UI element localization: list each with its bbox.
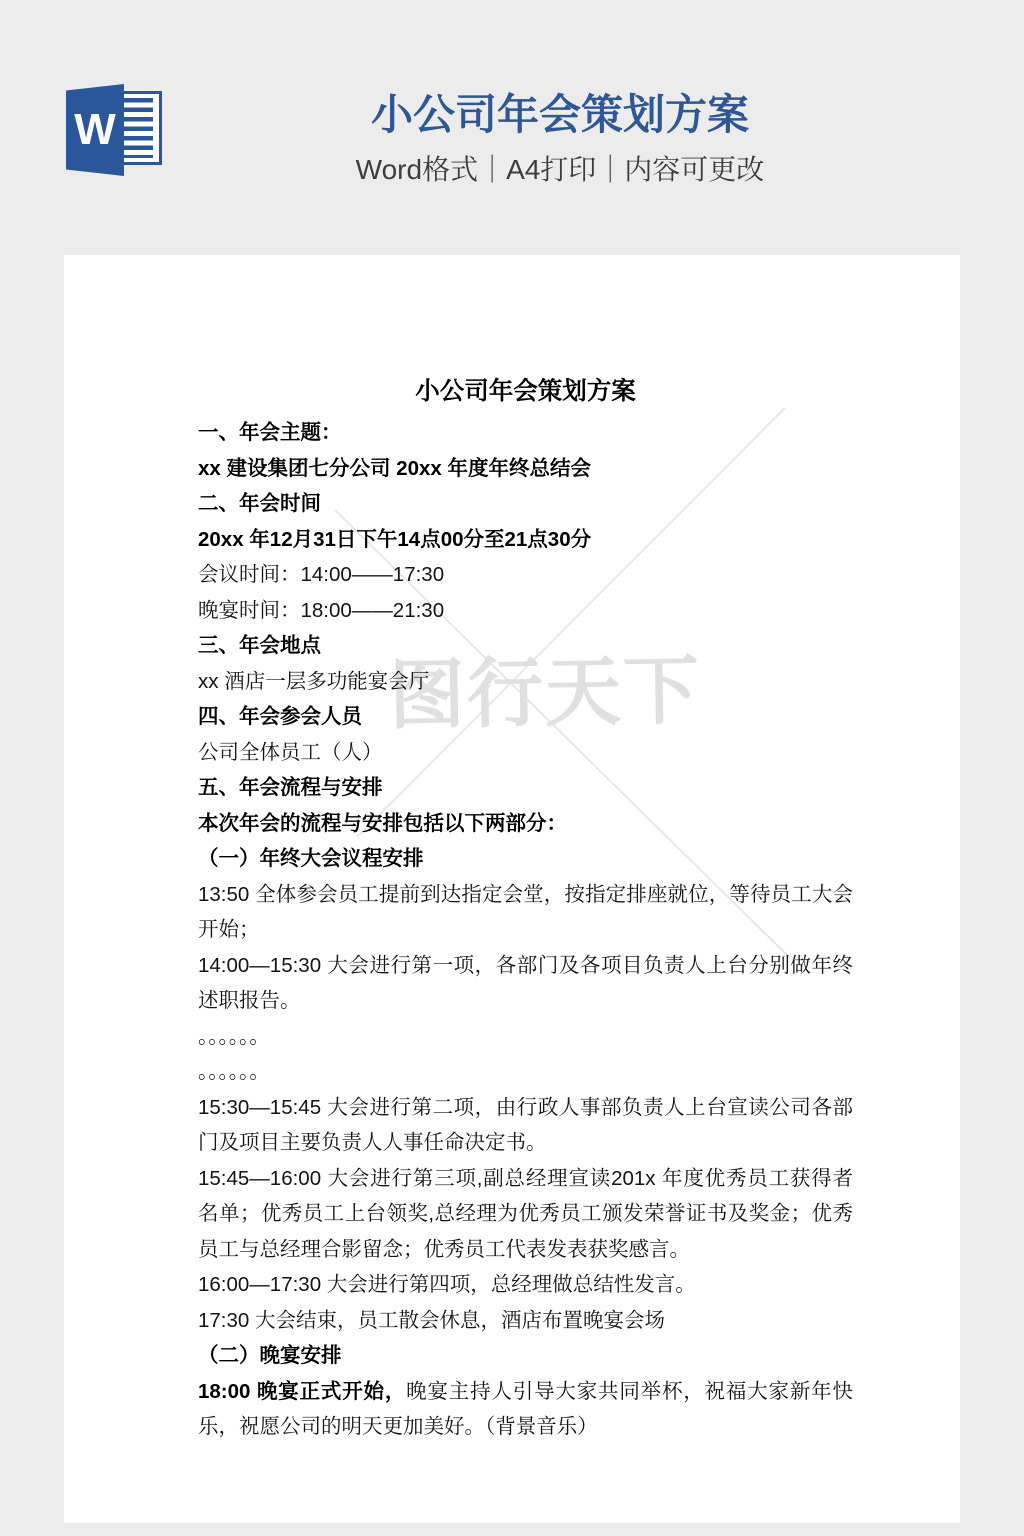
paragraph: 四、年会参会人员: [198, 699, 853, 735]
document-title: 小公司年会策划方案: [198, 375, 853, 409]
word-icon-letter: W: [74, 108, 116, 152]
paragraph: 18:00 晚宴正式开始，晚宴主持人引导大家共同举杯，祝福大家新年快乐，祝愿公司…: [198, 1374, 853, 1445]
word-icon-cover: W: [66, 84, 124, 176]
paragraph: 三、年会地点: [198, 628, 853, 664]
paragraph: 。。。。。。: [198, 1019, 853, 1055]
document-body: 一、年会主题：xx 建设集团七分公司 20xx 年度年终总结会二、年会时间20x…: [198, 415, 853, 1445]
paragraph: 20xx 年12月31日下午14点00分至21点30分: [198, 522, 853, 558]
paragraph: 16:00—17:30 大会进行第四项，总经理做总结性发言。: [198, 1267, 853, 1303]
template-preview-canvas: W 小公司年会策划方案 Word格式｜A4打印｜内容可更改 图行天下 小公司年会…: [0, 0, 1024, 1536]
paragraph: 晚宴时间：18:00——21:30: [198, 593, 853, 629]
word-icon: W: [60, 84, 162, 176]
page-title: 小公司年会策划方案: [160, 90, 960, 140]
paragraph: （二）晚宴安排: [198, 1338, 853, 1374]
paragraph: 二、年会时间: [198, 486, 853, 522]
paragraph: 本次年会的流程与安排包括以下两部分：: [198, 806, 853, 842]
paragraph: 五、年会流程与安排: [198, 770, 853, 806]
paragraph: 。。。。。。: [198, 1054, 853, 1090]
header: W 小公司年会策划方案 Word格式｜A4打印｜内容可更改: [0, 0, 1024, 255]
paragraph: xx 建设集团七分公司 20xx 年度年终总结会: [198, 451, 853, 487]
header-text-block: 小公司年会策划方案 Word格式｜A4打印｜内容可更改: [160, 90, 960, 187]
paragraph: 会议时间：14:00——17:30: [198, 557, 853, 593]
document-page: 图行天下 小公司年会策划方案 一、年会主题：xx 建设集团七分公司 20xx 年…: [64, 255, 960, 1523]
paragraph: （一）年终大会议程安排: [198, 841, 853, 877]
page-subtitle: Word格式｜A4打印｜内容可更改: [160, 153, 960, 187]
paragraph: xx 酒店一层多功能宴会厅: [198, 664, 853, 700]
paragraph: 15:30—15:45 大会进行第二项，由行政人事部负责人上台宣读公司各部门及项…: [198, 1090, 853, 1161]
paragraph: 15:45—16:00 大会进行第三项,副总经理宣读201x 年度优秀员工获得者…: [198, 1161, 853, 1268]
document-content: 小公司年会策划方案 一、年会主题：xx 建设集团七分公司 20xx 年度年终总结…: [198, 375, 853, 1445]
paragraph: 13:50 全体参会员工提前到达指定会堂，按指定排座就位，等待员工大会开始；: [198, 877, 853, 948]
paragraph: 公司全体员工（人）: [198, 735, 853, 771]
paragraph: 14:00—15:30 大会进行第一项，各部门及各项目负责人上台分别做年终述职报…: [198, 948, 853, 1019]
paragraph: 17:30 大会结束，员工散会休息，酒店布置晚宴会场: [198, 1303, 853, 1339]
paragraph: 一、年会主题：: [198, 415, 853, 451]
paragraph-bold-lead: 18:00 晚宴正式开始，: [198, 1380, 406, 1403]
